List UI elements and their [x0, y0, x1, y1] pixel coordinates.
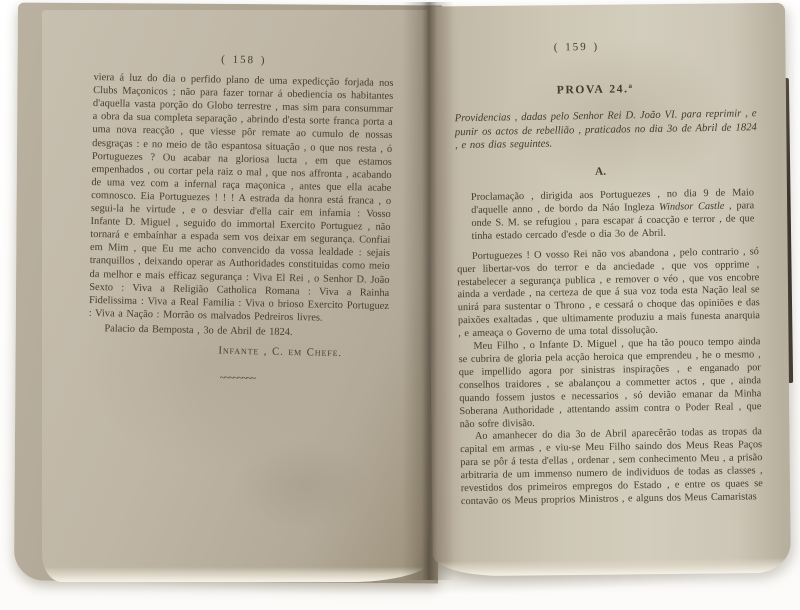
page-right: ( 159 ) PROVA 24.ª Providencias , dadas … [427, 3, 791, 577]
proclamation-abstract: Proclamação , dirigida aos Portuguezes ,… [471, 187, 755, 243]
prova-subheading: Providencias , dadas pelo Senhor Rei D. … [455, 107, 758, 153]
page-left: ( 158 ) viera á luz do dia o perfido pla… [42, 10, 430, 582]
left-page-body-text: viera á luz do dia o perfido plano de um… [89, 71, 394, 326]
page-stain [232, 440, 372, 530]
ornament-squiggle: ~~~~~~~~ [87, 369, 387, 388]
book-photo: ( 158 ) viera á luz do dia o perfido pla… [0, 0, 800, 610]
right-page-content: ( 159 ) PROVA 24.ª Providencias , dadas … [453, 38, 763, 509]
right-page-number: ( 159 ) [427, 39, 728, 57]
ship-name-italic: Windsor Castle [659, 201, 725, 213]
left-page-content: ( 158 ) viera á luz do dia o perfido pla… [87, 51, 394, 388]
body-paragraph: Meu Filho , o Infante D. Miguel , que ha… [458, 336, 761, 431]
page-bottom-edge [42, 567, 430, 582]
prova-heading: PROVA 24.ª [444, 81, 746, 99]
body-paragraph: Portuguezes ! O vosso Rei não vos abando… [457, 246, 760, 341]
left-page-number: ( 158 ) [94, 51, 394, 70]
body-paragraph: Ao amanhecer do dia 3o de Abril aparecêr… [460, 427, 763, 509]
signature-line: Infante , C. em Chefe. [88, 342, 342, 360]
section-letter: A. [449, 164, 751, 182]
